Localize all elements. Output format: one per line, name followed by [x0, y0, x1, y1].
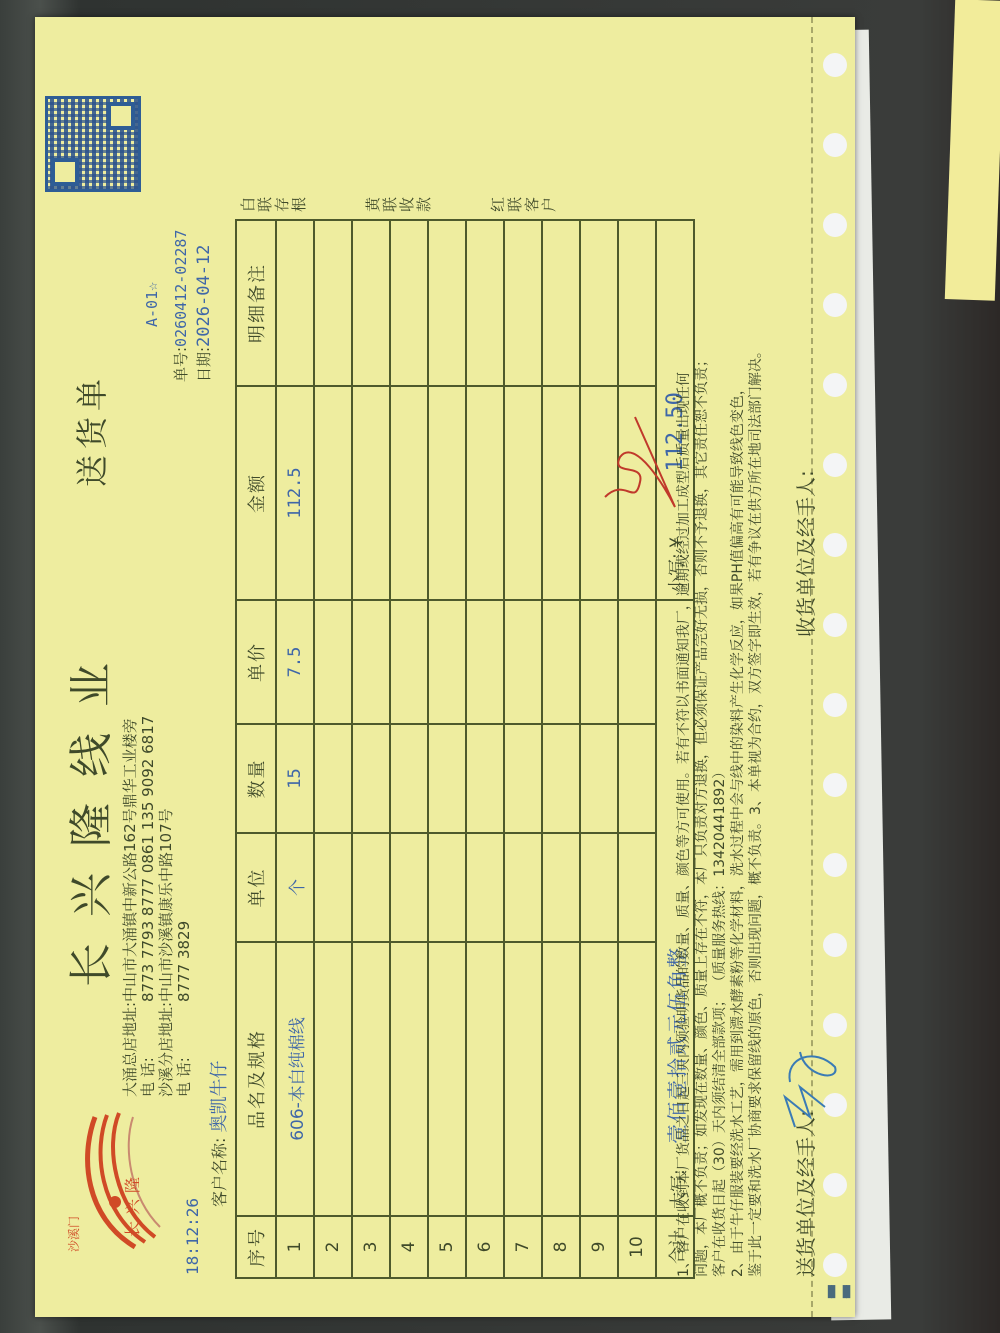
blue-signature-scribble — [775, 1027, 845, 1137]
table-row: 6 — [466, 220, 504, 1278]
cell-no: 8 — [542, 1216, 580, 1278]
cell-no: 9 — [580, 1216, 618, 1278]
table-row: 9 — [580, 220, 618, 1278]
date-value: 2026-04-12 — [194, 244, 214, 346]
cell-price — [314, 600, 352, 724]
cell-note — [618, 220, 656, 386]
cell-qty — [352, 724, 390, 833]
cell-qty — [504, 724, 542, 833]
table-row: 7 — [504, 220, 542, 1278]
sprocket-hole — [823, 373, 847, 397]
cell-price — [352, 600, 390, 724]
cell-qty — [466, 724, 504, 833]
cell-note — [580, 220, 618, 386]
sprocket-hole — [823, 533, 847, 557]
col-header-amount: 金额 — [236, 386, 276, 600]
copy-label-yellow: 黄联收款 — [365, 194, 433, 212]
cell-item — [352, 942, 390, 1216]
cell-note — [542, 220, 580, 386]
cell-amount — [314, 386, 352, 600]
form-code: A-01☆ — [143, 281, 161, 326]
delivery-note: 沙溪门 长兴隆 长兴隆线业 送货单 大涌总店地址:中山市大涌镇中新公路162号鼎… — [35, 17, 855, 1317]
cell-amount — [390, 386, 428, 600]
terms-line-2: 问题，本厂概不负责；如发现在数量、颜色、质量上存在不符，本厂只负责对方退换，但必… — [693, 117, 711, 1277]
sprocket-hole — [823, 613, 847, 637]
copy-label-white: 白联存根 — [240, 194, 308, 212]
table-row: 4 — [390, 220, 428, 1278]
cell-no: 3 — [352, 1216, 390, 1278]
col-header-note: 明细备注 — [236, 220, 276, 386]
cell-unit — [428, 833, 466, 942]
branch-address-label: 沙溪分店地址: — [157, 1002, 175, 1097]
cell-no: 5 — [428, 1216, 466, 1278]
cell-qty — [314, 724, 352, 833]
terms-line-1: 1、客户在收到本厂货品之日起三天内须验明货品的数量、质量、颜色等方可使用。若有不… — [675, 117, 693, 1277]
customer-row: 客户名称: 奥凯牛仔 — [205, 1060, 231, 1207]
cell-item — [580, 942, 618, 1216]
edge-print-mark: ▐▌▐▌ — [824, 1285, 854, 1298]
date-label: 日期: — [195, 346, 213, 381]
cell-no: 1 — [276, 1216, 314, 1278]
sprocket-hole — [823, 133, 847, 157]
cell-item: 606-本白纯棉线 — [276, 942, 314, 1216]
cell-price — [390, 600, 428, 724]
head-office-phone: 8773 7793 8777 0861 135 9092 6817 — [139, 715, 157, 1001]
terms-and-conditions: 1、客户在收到本厂货品之日起三天内须验明货品的数量、质量、颜色等方可使用。若有不… — [675, 117, 765, 1277]
cell-qty: 15 — [276, 724, 314, 833]
cell-amount — [504, 386, 542, 600]
head-office-phone-label: 电 话: — [139, 1002, 157, 1097]
company-logo: 沙溪门 长兴隆 — [65, 1107, 175, 1257]
cell-no: 10 — [618, 1216, 656, 1278]
cell-qty — [580, 724, 618, 833]
cell-unit — [352, 833, 390, 942]
branch-phone-label: 电 话: — [175, 1002, 193, 1097]
order-number-label: 单号: — [172, 346, 190, 381]
branch-phone: 8777 3829 — [175, 920, 193, 1001]
adjacent-yellow-paper — [945, 0, 1000, 301]
sprocket-hole — [823, 693, 847, 717]
cell-item — [466, 942, 504, 1216]
cell-qty — [390, 724, 428, 833]
cell-note — [390, 220, 428, 386]
sprocket-hole — [823, 933, 847, 957]
cell-note — [428, 220, 466, 386]
cell-price — [466, 600, 504, 724]
col-header-price: 单价 — [236, 600, 276, 724]
cell-unit — [542, 833, 580, 942]
cell-qty — [618, 724, 656, 833]
cell-note — [276, 220, 314, 386]
cell-no: 6 — [466, 1216, 504, 1278]
cell-price — [618, 600, 656, 724]
cell-amount: 112.5 — [276, 386, 314, 600]
cell-no: 4 — [390, 1216, 428, 1278]
cell-item — [314, 942, 352, 1216]
cell-item — [428, 942, 466, 1216]
cell-price — [580, 600, 618, 724]
cell-unit — [390, 833, 428, 942]
cell-note — [352, 220, 390, 386]
terms-line-5: 鉴于此一定要和洗水厂协商要求保留线的原色，否则出现问题，概不负责。3、本单视为合… — [747, 117, 765, 1277]
cell-unit — [314, 833, 352, 942]
red-signature-scribble — [595, 397, 685, 517]
print-time: 18:12:26 — [183, 1197, 202, 1274]
cell-note — [314, 220, 352, 386]
cell-unit: 个 — [276, 833, 314, 942]
cell-qty — [542, 724, 580, 833]
terms-line-3: 客户在收货日起（30）天内须结清全部款项； （质量服务热线：1342044189… — [711, 117, 729, 1277]
cell-amount — [352, 386, 390, 600]
sprocket-hole — [823, 1173, 847, 1197]
cell-qty — [428, 724, 466, 833]
customer-label: 客户名称: — [210, 1137, 229, 1206]
col-header-no: 序号 — [236, 1216, 276, 1278]
date-row: 日期:2026-04-12 — [193, 244, 214, 381]
company-title: 长兴隆线业 — [55, 637, 119, 987]
cell-amount — [542, 386, 580, 600]
head-office-address: 中山市大涌镇中新公路162号鼎华工业楼旁 — [121, 718, 139, 1002]
cell-price: 7.5 — [276, 600, 314, 724]
table-row: 1 606-本白纯棉线 个 15 7.5 112.5 — [276, 220, 314, 1278]
order-number-row: 单号:0260412-02287 — [170, 229, 191, 381]
cell-no: 7 — [504, 1216, 542, 1278]
logo-brand-name: 长兴隆 — [120, 1170, 143, 1236]
cell-item — [618, 942, 656, 1216]
rotated-receipt: 沙溪门 长兴隆 长兴隆线业 送货单 大涌总店地址:中山市大涌镇中新公路162号鼎… — [35, 17, 855, 1317]
table-row: 3 — [352, 220, 390, 1278]
cell-price — [504, 600, 542, 724]
head-office-info: 大涌总店地址:中山市大涌镇中新公路162号鼎华工业楼旁 电 话:8773 779… — [121, 715, 193, 1096]
receiver-signer-label: 收货单位及经手人: — [790, 470, 819, 637]
cell-amount — [428, 386, 466, 600]
table-row: 10 — [618, 220, 656, 1278]
col-header-qty: 数量 — [236, 724, 276, 833]
table-row: 2 — [314, 220, 352, 1278]
cell-unit — [580, 833, 618, 942]
cell-unit — [618, 833, 656, 942]
table-row: 8 — [542, 220, 580, 1278]
cell-item — [542, 942, 580, 1216]
cell-note — [466, 220, 504, 386]
cell-unit — [504, 833, 542, 942]
table-row: 5 — [428, 220, 466, 1278]
cell-amount — [466, 386, 504, 600]
branch-address: 中山市沙溪镇康乐中路107号 — [157, 808, 175, 1002]
copy-label-red: 红联客户 — [490, 194, 558, 212]
sprocket-hole — [823, 1253, 847, 1277]
customer-name: 奥凯牛仔 — [209, 1060, 230, 1132]
qr-code — [45, 96, 141, 192]
sprocket-hole — [823, 773, 847, 797]
sprocket-hole — [823, 53, 847, 77]
cell-price — [428, 600, 466, 724]
cell-item — [504, 942, 542, 1216]
col-header-item: 品名及规格 — [236, 942, 276, 1216]
cell-note — [504, 220, 542, 386]
cell-no: 2 — [314, 1216, 352, 1278]
cell-price — [542, 600, 580, 724]
terms-line-4: 2、由于牛仔服装要经洗水工艺，需用到漂水酵素粉等化学材料，洗水过程中会与线中的染… — [729, 117, 747, 1277]
head-office-address-label: 大涌总店地址: — [121, 1002, 139, 1097]
items-table: 序号 品名及规格 单位 数量 单价 金额 明细备注 1 606-本白纯棉线 个 … — [235, 219, 695, 1279]
document-type-title: 送货单 — [67, 372, 113, 486]
order-number: 0260412-02287 — [172, 229, 190, 346]
sprocket-hole — [823, 853, 847, 877]
col-header-unit: 单位 — [236, 833, 276, 942]
sprocket-hole — [823, 453, 847, 477]
sprocket-hole — [823, 213, 847, 237]
cell-item — [390, 942, 428, 1216]
table-header-row: 序号 品名及规格 单位 数量 单价 金额 明细备注 — [236, 220, 276, 1278]
sprocket-hole — [823, 293, 847, 317]
cell-unit — [466, 833, 504, 942]
